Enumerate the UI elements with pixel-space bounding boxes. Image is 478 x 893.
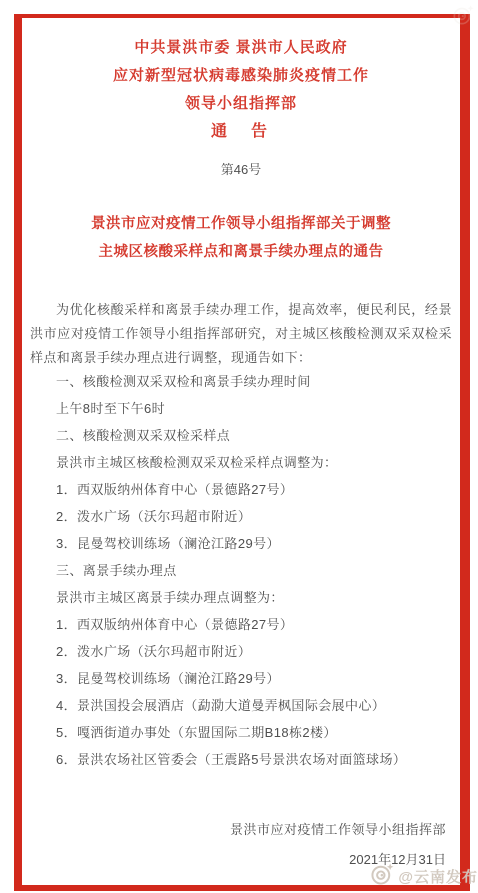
section-1: 一、核酸检测双采双检和离景手续办理时间 上午8时至下午6时 bbox=[30, 370, 452, 421]
document-title: 景洪市应对疫情工作领导小组指挥部关于调整 主城区核酸采样点和离景手续办理点的通告 bbox=[30, 210, 452, 266]
section-1-heading: 一、核酸检测双采双检和离景手续办理时间 bbox=[30, 370, 452, 394]
header-line-2: 应对新型冠状病毒感染肺炎疫情工作 bbox=[30, 62, 452, 90]
date-line: 2021年12月31日 bbox=[30, 848, 452, 872]
section-3-item-6: 6．景洪农场社区管委会（王震路5号景洪农场对面篮球场） bbox=[30, 748, 452, 772]
section-3-item-5: 5．嘎洒街道办事处（东盟国际二期B18栋2楼） bbox=[30, 721, 452, 745]
section-3-item-2: 2．泼水广场（沃尔玛超市附近） bbox=[30, 640, 452, 664]
document-number: 第46号 bbox=[30, 160, 452, 180]
header-line-1: 中共景洪市委 景洪市人民政府 bbox=[30, 34, 452, 62]
section-2-item-2: 2．泼水广场（沃尔玛超市附近） bbox=[30, 505, 452, 529]
section-2-heading: 二、核酸检测双采双检采样点 bbox=[30, 424, 452, 448]
section-3-item-3: 3．昆曼驾校训练场（澜沧江路29号） bbox=[30, 667, 452, 691]
document-frame: 中共景洪市委 景洪市人民政府 应对新型冠状病毒感染肺炎疫情工作 领导小组指挥部 … bbox=[14, 14, 470, 891]
section-2: 二、核酸检测双采双检采样点 景洪市主城区核酸检测双采双检采样点调整为： 1．西双… bbox=[30, 424, 452, 556]
document-header: 中共景洪市委 景洪市人民政府 应对新型冠状病毒感染肺炎疫情工作 领导小组指挥部 … bbox=[30, 34, 452, 146]
signature-line: 景洪市应对疫情工作领导小组指挥部 bbox=[30, 818, 452, 842]
intro-paragraph: 为优化核酸采样和离景手续办理工作，提高效率，便民利民，经景洪市应对疫情工作领导小… bbox=[30, 298, 452, 370]
section-3: 三、离景手续办理点 景洪市主城区离景手续办理点调整为： 1．西双版纳州体育中心（… bbox=[30, 559, 452, 772]
header-line-3: 领导小组指挥部 bbox=[30, 90, 452, 118]
title-line-2: 主城区核酸采样点和离景手续办理点的通告 bbox=[30, 238, 452, 266]
section-3-item-4: 4．景洪国投会展酒店（勐泐大道曼弄枫国际会展中心） bbox=[30, 694, 452, 718]
header-line-gonggao: 通 告 bbox=[30, 118, 452, 146]
section-3-heading: 三、离景手续办理点 bbox=[30, 559, 452, 583]
title-line-1: 景洪市应对疫情工作领导小组指挥部关于调整 bbox=[30, 210, 452, 238]
section-3-line-1: 景洪市主城区离景手续办理点调整为： bbox=[30, 586, 452, 610]
section-2-line-1: 景洪市主城区核酸检测双采双检采样点调整为： bbox=[30, 451, 452, 475]
document-content: 中共景洪市委 景洪市人民政府 应对新型冠状病毒感染肺炎疫情工作 领导小组指挥部 … bbox=[22, 18, 460, 872]
notice-image: { "document": { "header_lines": [ "中共景洪市… bbox=[0, 0, 478, 893]
section-3-item-1: 1．西双版纳州体育中心（景德路27号） bbox=[30, 613, 452, 637]
section-2-item-1: 1．西双版纳州体育中心（景德路27号） bbox=[30, 478, 452, 502]
section-1-line-1: 上午8时至下午6时 bbox=[30, 397, 452, 421]
section-2-item-3: 3．昆曼驾校训练场（澜沧江路29号） bbox=[30, 532, 452, 556]
